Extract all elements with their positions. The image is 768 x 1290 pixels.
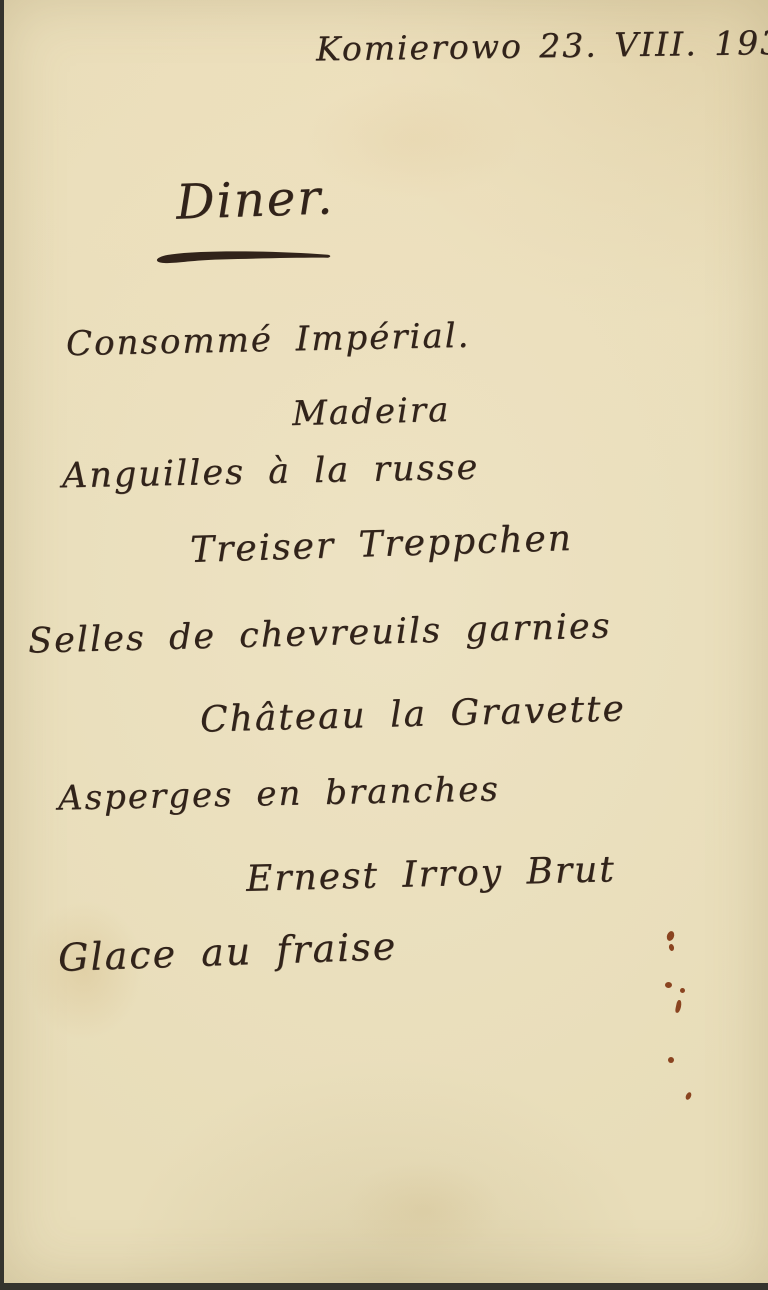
paper-stain <box>344 1160 504 1260</box>
menu-item: Treiser Treppchen <box>189 518 573 571</box>
ink-speck <box>680 988 685 993</box>
menu-title: Diner. <box>175 169 335 230</box>
menu-item: Glace au fraise <box>57 924 398 980</box>
menu-item: Madeira <box>292 390 451 434</box>
menu-card-paper: Komierowo 23. VIII. 1930. Diner. Consomm… <box>4 0 768 1283</box>
ink-speck <box>675 1000 683 1014</box>
menu-item: Anguilles à la russe <box>62 448 480 497</box>
menu-item: Château la Gravette <box>200 688 627 740</box>
menu-item: Consommé Impérial. <box>66 316 471 364</box>
location-date: Komierowo 23. VIII. 1930. <box>316 22 768 68</box>
menu-item: Ernest Irroy Brut <box>246 849 617 900</box>
menu-card-photo: Komierowo 23. VIII. 1930. Diner. Consomm… <box>0 0 768 1290</box>
ink-speck <box>666 930 676 942</box>
title-underline-flourish <box>150 244 333 271</box>
menu-item: Selles de chevreuils garnies <box>28 606 612 661</box>
ink-speck <box>668 943 675 951</box>
ink-speck <box>685 1091 693 1100</box>
ink-speck <box>665 982 672 988</box>
paper-stain <box>304 80 524 200</box>
ink-speck <box>668 1057 674 1063</box>
menu-item: Asperges en branches <box>58 769 501 818</box>
